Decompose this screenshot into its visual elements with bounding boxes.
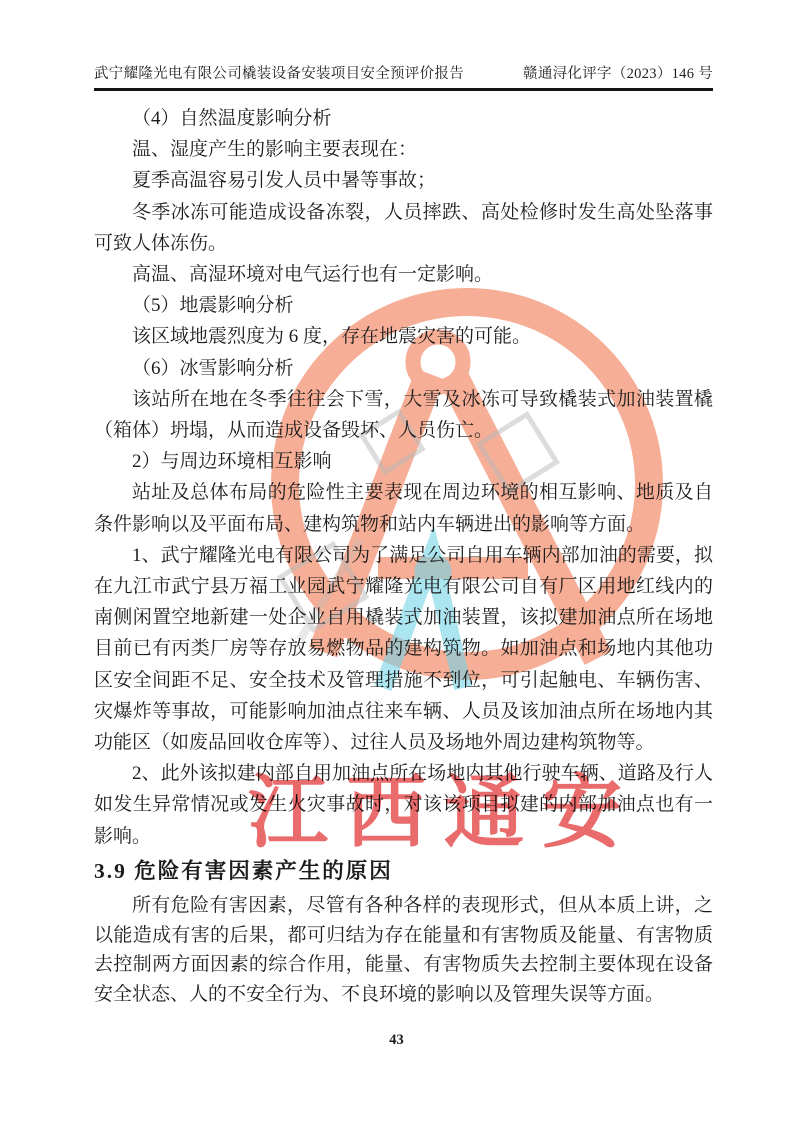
text-line: 夏季高温容易引发人员中暑等事故；: [94, 165, 713, 196]
text-line: 功能区（如废品回收仓库等）、过往人员及场地外周边建构筑物等。: [94, 727, 713, 758]
text-line: 如发生异常情况或发生火灾事故时，对该该项目拟建的内部加油点也有一定: [94, 789, 713, 820]
text-line: （5）地震影响分析: [94, 290, 713, 321]
text-line: 安全状态、人的不安全行为、不良环境的影响以及管理失误等方面。: [94, 980, 713, 1010]
text-line: 条件影响以及平面布局、建构筑物和站内车辆进出的影响等方面。: [94, 509, 713, 540]
text-line: 在九江市武宁县万福工业园武宁耀隆光电有限公司自有厂区用地红线内的: [94, 571, 713, 602]
text-line: 温、湿度产生的影响主要表现在：: [94, 134, 713, 165]
text-line: 目前已有丙类厂房等存放易燃物品的建构筑物。如加油点和场地内其他功能: [94, 633, 713, 664]
text-line: 站址及总体布局的危险性主要表现在周边环境的相互影响、地质及自然: [94, 477, 713, 508]
text-line: 2）与周边环境相互影响: [94, 446, 713, 477]
text-line: 该区域地震烈度为 6 度，存在地震灾害的可能。: [94, 321, 713, 352]
text-line: 高温、高湿环境对电气运行也有一定影响。: [94, 259, 713, 290]
paragraph-text-block: 所有危险有害因素，尽管有各种各样的表现形式，但从本质上讲，之所以能造成有害的后果…: [94, 891, 713, 1009]
text-line: 去控制两方面因素的综合作用，能量、有害物质失去控制主要体现在设备不: [94, 950, 713, 980]
text-line: （箱体）坍塌，从而造成设备毁坏、人员伤亡。: [94, 415, 713, 446]
text-line: 区安全间距不足、安全技术及管理措施不到位，可引起触电、车辆伤害、火: [94, 665, 713, 696]
text-line: 南侧闲置空地新建一处企业自用橇装式加油装置，该拟建加油点所在场地内: [94, 602, 713, 633]
body-text-block: （4）自然温度影响分析温、湿度产生的影响主要表现在：夏季高温容易引发人员中暑等事…: [94, 103, 713, 852]
text-line: 1、武宁耀隆光电有限公司为了满足公司自用车辆内部加油的需要，拟: [94, 540, 713, 571]
header-doc-number: 赣通浔化评字（2023）146 号: [523, 62, 713, 83]
document-page: 武宁耀隆光电有限公司橇装设备安装项目安全预评价报告 赣通浔化评字（2023）14…: [0, 0, 793, 1122]
text-line: （4）自然温度影响分析: [94, 103, 713, 134]
text-line: 2、此外该拟建内部自用加油点所在场地内其他行驶车辆、道路及行人: [94, 758, 713, 789]
text-line: （6）冰雪影响分析: [94, 353, 713, 384]
text-line: 可致人体冻伤。: [94, 228, 713, 259]
page-number: 43: [0, 1032, 793, 1049]
section-heading: 3.9 危险有害因素产生的原因: [94, 853, 713, 889]
text-line: 灾爆炸等事故，可能影响加油点往来车辆、人员及该加油点所在场地内其他: [94, 696, 713, 727]
text-line: 以能造成有害的后果，都可归结为存在能量和有害物质及能量、有害物质失: [94, 921, 713, 951]
text-line: 该站所在地在冬季往往会下雪，大雪及冰冻可导致橇装式加油装置橇体: [94, 384, 713, 415]
text-line: 冬季冰冻可能造成设备冻裂，人员摔跌、高处检修时发生高处坠落事故；: [94, 197, 713, 228]
header-report-title: 武宁耀隆光电有限公司橇装设备安装项目安全预评价报告: [94, 62, 464, 83]
text-line: 影响。: [94, 821, 713, 852]
text-line: 所有危险有害因素，尽管有各种各样的表现形式，但从本质上讲，之所: [94, 891, 713, 921]
page-header: 武宁耀隆光电有限公司橇装设备安装项目安全预评价报告 赣通浔化评字（2023）14…: [94, 62, 713, 91]
